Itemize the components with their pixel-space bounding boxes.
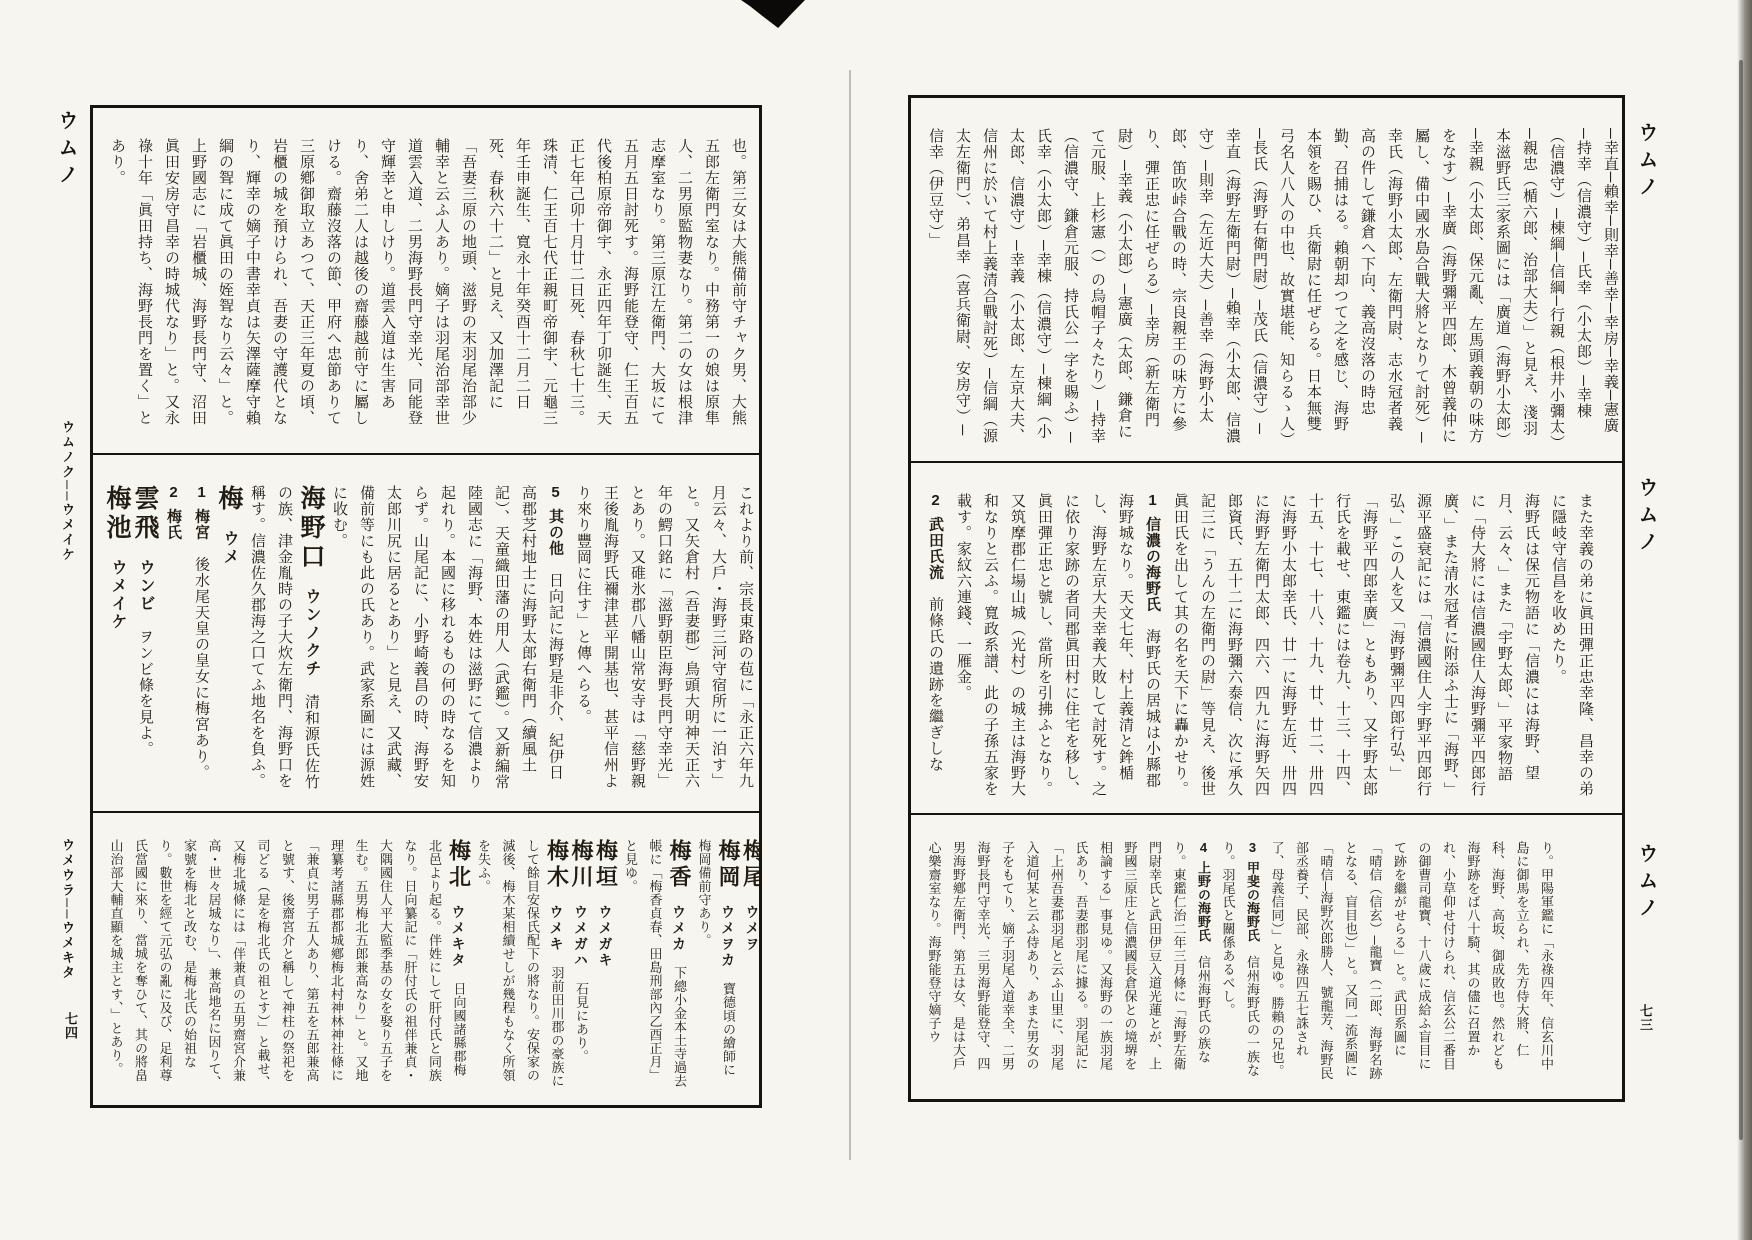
- entry-head: 梅木: [545, 839, 570, 891]
- right-band-2-text: また幸義の弟に眞田彈正忠幸隆、昌幸の弟に隱岐守信昌を收めたり。海野氏は保元物語に…: [911, 463, 1612, 813]
- entry-kana: ウメガハ: [573, 905, 589, 969]
- right-page-band-middle: また幸義の弟に眞田彈正忠幸隆、昌幸の弟に隱岐守信昌を收めたり。海野氏は保元物語に…: [911, 461, 1622, 813]
- left-band-2-text: これより前、宗長東路の苞に「永正六年九月云々、大戶・海野三河守宿所に一泊す」と。…: [93, 455, 759, 811]
- numbered-item-2: 2 武田氏流 前條氏の遺跡を繼ぎしな: [921, 493, 949, 797]
- right-band-3-text: り。甲陽軍鑑に「永祿四年、信玄川中島に御馬を立られ、先方侍大將、仁科、海野、高坂…: [911, 815, 1572, 1099]
- entry-kana: ウメガキ: [598, 905, 614, 969]
- entry-ウメガハ: 梅川 ウメガハ 石見にあり。: [569, 839, 594, 1089]
- item-title: 梅氏: [165, 509, 182, 541]
- item-title: 其の他: [547, 509, 564, 557]
- left-page-band-top: ンノ中務。第二女は赤見七郎左衛門室也。第三女は大熊備前守チャク男、大熊五郎左衛門…: [93, 108, 759, 453]
- page-edge-shadow-dark: [1739, 60, 1743, 1140]
- entry-head: 梅池: [103, 485, 131, 543]
- item-num: 2: [165, 485, 182, 500]
- item-title: 武田氏流: [927, 517, 944, 581]
- entry-head: 梅尾: [741, 839, 760, 891]
- paragraph: 海野氏は保元物語に「信濃には海野、望月、云々、」また「宇野太郎、」平家物語に「侍…: [1166, 493, 1544, 797]
- entry-ウンノクチ: 海野口 ウンノクチ 清和源氏佐竹の族、津金胤時の子大炊左衛門、海野口を稱す。信濃…: [243, 485, 325, 795]
- item-num: 5: [547, 485, 564, 500]
- running-head-right-top: ウムノ: [1632, 122, 1661, 203]
- entry-head: 梅香: [667, 839, 692, 891]
- entry-kana: ウンノクチ: [303, 588, 320, 678]
- right-band-1-text: ─幸直─賴幸─則幸─善幸─幸房─幸義─憲廣─持幸（信濃守）─氏幸（小太郎）─幸棟…: [911, 98, 1622, 461]
- numbered-item-5: 5 其の他 日向記に海野是非介、紀伊日高郡芝村地士に海野太郎右衛門（續風土記）、…: [325, 485, 569, 795]
- page-number-left: 七四: [61, 1012, 80, 1040]
- left-page-band-bottom: 梅浦 ウメウラ梅尾 ウメヲ梅岡 ウメヲカ 寶德頃の繪師に梅岡備前守あり。梅香 ウ…: [93, 811, 759, 1105]
- entry-ウメヲカ: 梅岡 ウメヲカ 寶德頃の繪師に梅岡備前守あり。: [691, 839, 740, 1089]
- running-head-left-top: ウムノ: [52, 110, 81, 191]
- paragraph: ─幸直─賴幸─則幸─善幸─幸房─幸義─憲廣─持幸（信濃守）─氏幸（小太郎）─幸棟…: [921, 128, 1622, 445]
- item-title: 甲斐の海野氏: [1245, 861, 1260, 942]
- item-title: 信濃の海野氏: [1144, 517, 1161, 613]
- entry-kana: ウメ: [221, 530, 238, 566]
- left-band-3-text: 梅浦 ウメウラ梅尾 ウメヲ梅岡 ウメヲカ 寶德頃の繪師に梅岡備前守あり。梅香 ウ…: [93, 813, 759, 1105]
- running-head-left-bottom: ウメウラ──ウメキタ: [58, 838, 77, 980]
- entry-ウメキタ: 梅北 ウメキタ 日向國諸縣郡梅北邑より起る。伴姓にして肝付氏と同族なり。日向纂記…: [103, 839, 471, 1089]
- entry-kana: ウメイケ: [109, 559, 126, 631]
- entry-kana: ウメカ: [671, 905, 687, 953]
- entry-kana: ウメキタ: [451, 905, 467, 969]
- numbered-item-3: 3 甲斐の海野氏 信州海野氏の一族なり。羽尾氏と關係あるべし。: [1215, 841, 1264, 1083]
- entry-ウメヲ: 梅尾 ウメヲ: [740, 839, 759, 1089]
- numbered-item-4: 4 上野の海野氏 信州海野氏の族なり。東鑑仁治二年三月條に「海野左衛門尉幸氏と武…: [921, 841, 1215, 1083]
- item-num: 4: [1196, 841, 1211, 854]
- scan-ink-smudge: [741, 0, 805, 28]
- scanned-book-spread: { "right_page": { "page_number": "七三", "…: [0, 0, 1752, 1240]
- entry-ウメキ: 梅木 ウメキ 羽前田川郡の豪族にして餘目安保氏配下の將なり。安保家の滅後、梅木某…: [471, 839, 569, 1089]
- running-head-left-middle: ウムノク──ウメイケ: [58, 420, 77, 562]
- entry-ウメカ: 梅香 ウメカ 下總小金本土寺過去帳に「梅香貞春、田島刑部內乙酉正月」と見ゆ。: [618, 839, 692, 1089]
- entry-head: 梅垣: [594, 839, 619, 891]
- running-head-right-middle: ウムノ: [1632, 477, 1661, 558]
- paragraph: ンノ中務。第二女は赤見七郎左衛門室也。第三女は大熊備前守チャク男、大熊五郎左衛門…: [103, 138, 759, 437]
- entry-head: 雲飛: [131, 485, 159, 543]
- entry-head: 梅岡: [716, 839, 741, 891]
- item-num: 3: [1245, 841, 1260, 854]
- numbered-item-2: 2 梅氏: [159, 485, 187, 795]
- entry-head: 梅北: [447, 839, 472, 891]
- item-num: 2: [927, 493, 944, 508]
- numbered-item-1: 1 梅宮 後水尾天皇の皇女に梅宮あり。: [187, 485, 215, 795]
- right-page-band-genealogy: ─幸直─賴幸─則幸─善幸─幸房─幸義─憲廣─持幸（信濃守）─氏幸（小太郎）─幸棟…: [911, 98, 1622, 461]
- entry-ウメガキ: 梅垣 ウメガキ: [593, 839, 618, 1089]
- entry-kana: ウメキ: [549, 905, 565, 953]
- item-num: 1: [1144, 493, 1161, 508]
- entry-kana: ウメヲ: [745, 905, 760, 953]
- entry-kana: ウンビ: [137, 559, 154, 613]
- left-band-1-text: ンノ中務。第二女は赤見七郎左衛門室也。第三女は大熊備前守チャク男、大熊五郎左衛門…: [93, 108, 759, 453]
- entry-head: 梅川: [569, 839, 594, 891]
- left-page: ンノ中務。第二女は赤見七郎左衛門室也。第三女は大熊備前守チャク男、大熊五郎左衛門…: [90, 105, 762, 1108]
- right-page-band-bottom: り。甲陽軍鑑に「永祿四年、信玄川中島に御馬を立られ、先方侍大將、仁科、海野、高坂…: [911, 813, 1622, 1099]
- paragraph: り。甲陽軍鑑に「永祿四年、信玄川中島に御馬を立られ、先方侍大將、仁科、海野、高坂…: [1264, 841, 1558, 1083]
- numbered-item-1: 1 信濃の海野氏 海野氏の居城は小縣郡海野城なり。天文七年、村上義清と鉾楯し、海…: [949, 493, 1166, 797]
- running-head-right-bottom: ウムノ: [1632, 843, 1661, 924]
- entry-ウンビ: 雲飛 ウンビ ヲンビ條を見よ。: [131, 485, 159, 795]
- paragraph: また幸義の弟に眞田彈正忠幸隆、昌幸の弟に隱岐守信昌を收めたり。: [1544, 493, 1598, 797]
- entry-ウメイケ: 梅池 ウメイケ: [103, 485, 131, 795]
- entry-ウメ: 梅 ウメ: [215, 485, 243, 795]
- item-title: 上野の海野氏: [1196, 861, 1211, 942]
- entry-head: 梅: [215, 485, 243, 514]
- book-spine-crease: [849, 70, 851, 1160]
- item-title: 梅宮: [193, 509, 210, 541]
- left-page-band-middle: これより前、宗長東路の苞に「永正六年九月云々、大戶・海野三河守宿所に一泊す」と。…: [93, 453, 759, 811]
- item-num: 1: [193, 485, 210, 500]
- entry-kana: ウメヲカ: [720, 905, 736, 969]
- paragraph: これより前、宗長東路の苞に「永正六年九月云々、大戶・海野三河守宿所に一泊す」と。…: [569, 485, 758, 795]
- right-page: ─幸直─賴幸─則幸─善幸─幸房─幸義─憲廣─持幸（信濃守）─氏幸（小太郎）─幸棟…: [908, 95, 1625, 1102]
- page-number-right: 七三: [1636, 1004, 1655, 1032]
- entry-head: 海野口: [297, 485, 325, 572]
